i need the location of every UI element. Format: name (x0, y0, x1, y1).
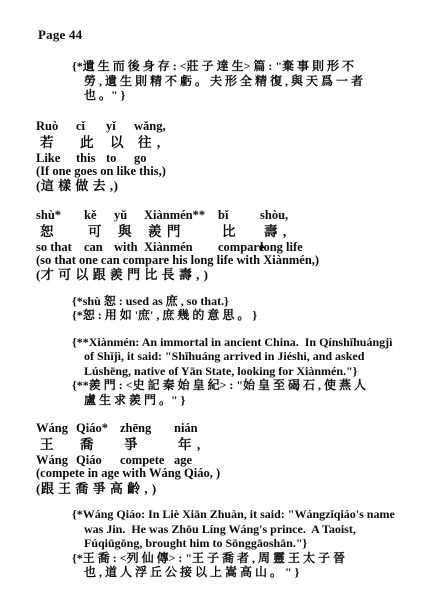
gloss-word: compare (218, 240, 264, 254)
hanzi-word: 年 , (174, 436, 201, 453)
hanzi-word: 若 (36, 134, 55, 151)
pinyin-word: Ruò (36, 118, 58, 134)
interlinear-gloss: Ruò cǐ yǐ wǎng, 若 此 以 往 , Like this to g… (36, 118, 425, 165)
note-line: 勞 , 遺 生 則 精 不 虧 。 夫 形 全 精 復 , 與 天 爲 一 者 (0, 74, 425, 89)
hanzi-word: 爭 (120, 436, 139, 453)
translation-chinese: (才 可 以 跟 羨 門 比 長 壽 , ) (36, 267, 425, 283)
note-shu: {*shù 恕 : used as 庶 , so that.} {*恕 : 用 … (0, 294, 425, 323)
pinyin-word: kě (84, 207, 97, 223)
gloss-word: long life (260, 240, 303, 254)
hanzi-word: 比 (218, 223, 237, 240)
note-line: {*shù 恕 : used as 庶 , so that.} (0, 294, 425, 309)
pinyin-word: nián (174, 420, 198, 436)
note-line: {*王 喬 : <列 仙 傳> : "王 子 喬 者 , 周 靈 王 太 子 晉 (0, 551, 425, 566)
verse-shu-ke-yu-xianmen: shù* kě yǔ Xiànmén** bǐ shòu, 恕 可 與 羨 門 … (36, 207, 425, 283)
gloss-word: Wáng (36, 453, 68, 467)
pinyin-word: zhēng (120, 420, 151, 436)
pinyin-word: shù* (36, 207, 61, 223)
gloss-word: Qiáo (76, 453, 102, 467)
note-line: Fúqiūgōng, brought him to Sōnggāoshān."} (0, 536, 425, 551)
note-line: Lúshēng, native of Yān State, looking fo… (0, 364, 425, 379)
note-line: 也 。" } (0, 88, 425, 103)
note-line: {*Wáng Qiáo: In Liè Xiān Zhuàn, it said:… (0, 507, 425, 522)
gloss-word: go (134, 151, 147, 165)
gloss-word: so that (36, 240, 72, 254)
gloss-word: can (84, 240, 103, 254)
pinyin-word: Wáng (36, 420, 68, 436)
pinyin-word: Qiáo* (76, 420, 108, 436)
gloss-word: Xiànmén (144, 240, 193, 254)
verse-wang-qiao-zheng-nian: Wáng Qiáo* zhēng nián 王 喬 爭 年 , Wáng Qiá… (36, 420, 425, 496)
gloss-word: to (106, 151, 116, 165)
note-line: {**Xiànmén: An immortal in ancient China… (0, 335, 425, 350)
scanned-book-page: Page 44 {*遺 生 而 後 身 存 : <莊 子 達 生> 篇 : "棄… (0, 0, 425, 598)
interlinear-gloss: Wáng Qiáo* zhēng nián 王 喬 爭 年 , Wáng Qiá… (36, 420, 425, 467)
translation-english: (compete in age with Wáng Qiáo, ) (36, 467, 425, 481)
page-number: Page 44 (0, 0, 425, 42)
note-line: 盧 生 求 羨 門 。" } (0, 393, 425, 408)
note-line: of Shǐjì, it said: "Shǐhuáng arrived in … (0, 349, 425, 364)
hanzi-word: 壽 , (260, 223, 287, 240)
spacer (0, 323, 425, 335)
note-line: {*恕 : 用 如 '庶' , 庶 幾 的 意 思 。 } (0, 308, 425, 323)
pinyin-word: yǐ (106, 118, 116, 134)
gloss-word: this (76, 151, 95, 165)
note-xianmen: {**Xiànmén: An immortal in ancient China… (0, 335, 425, 408)
pinyin-word: bǐ (218, 207, 228, 223)
note-line: {**羨 門 : <史 記 秦 始 皇 紀> : "始 皇 至 碣 石 , 使 … (0, 378, 425, 393)
hanzi-word: 此 (76, 134, 95, 151)
pinyin-word: shòu, (260, 207, 288, 223)
pinyin-word: wǎng, (134, 118, 166, 134)
hanzi-word: 以 (106, 134, 125, 151)
translation-chinese: (這 樣 做 去 ,) (36, 178, 425, 194)
note-line: 也 , 道 人 浮 丘 公 接 以 上 嵩 高 山 。 " } (0, 565, 425, 580)
translation-chinese: (跟 王 喬 爭 高 齡 , ) (36, 481, 425, 497)
pinyin-word: cǐ (76, 118, 85, 134)
verse-ruo-ci-yi-wang: Ruò cǐ yǐ wǎng, 若 此 以 往 , Like this to g… (36, 118, 425, 194)
gloss-word: Like (36, 151, 60, 165)
translation-english: (If one goes on like this,) (36, 165, 425, 179)
note-line: {*遺 生 而 後 身 存 : <莊 子 達 生> 篇 : "棄 事 則 形 不 (0, 59, 425, 74)
gloss-word: age (174, 453, 192, 467)
hanzi-word: 可 (84, 223, 103, 240)
translation-english: (so that one can compare his long life w… (36, 254, 425, 268)
gloss-word: compete (120, 453, 164, 467)
note-line: was Jin. He was Zhōu Líng Wáng's prince.… (0, 522, 425, 537)
pinyin-word: Xiànmén** (144, 207, 205, 223)
hanzi-word: 與 (114, 223, 133, 240)
interlinear-gloss: shù* kě yǔ Xiànmén** bǐ shòu, 恕 可 與 羨 門 … (36, 207, 425, 254)
hanzi-word: 羨 門 (144, 223, 181, 240)
hanzi-word: 往 , (134, 134, 161, 151)
note-zhuangzi-quote: {*遺 生 而 後 身 存 : <莊 子 達 生> 篇 : "棄 事 則 形 不… (0, 59, 425, 103)
gloss-word: with (114, 240, 138, 254)
hanzi-word: 王 (36, 436, 55, 453)
hanzi-word: 恕 (36, 223, 55, 240)
pinyin-word: yǔ (114, 207, 127, 223)
hanzi-word: 喬 (76, 436, 95, 453)
note-wang-qiao: {*Wáng Qiáo: In Liè Xiān Zhuàn, it said:… (0, 507, 425, 580)
